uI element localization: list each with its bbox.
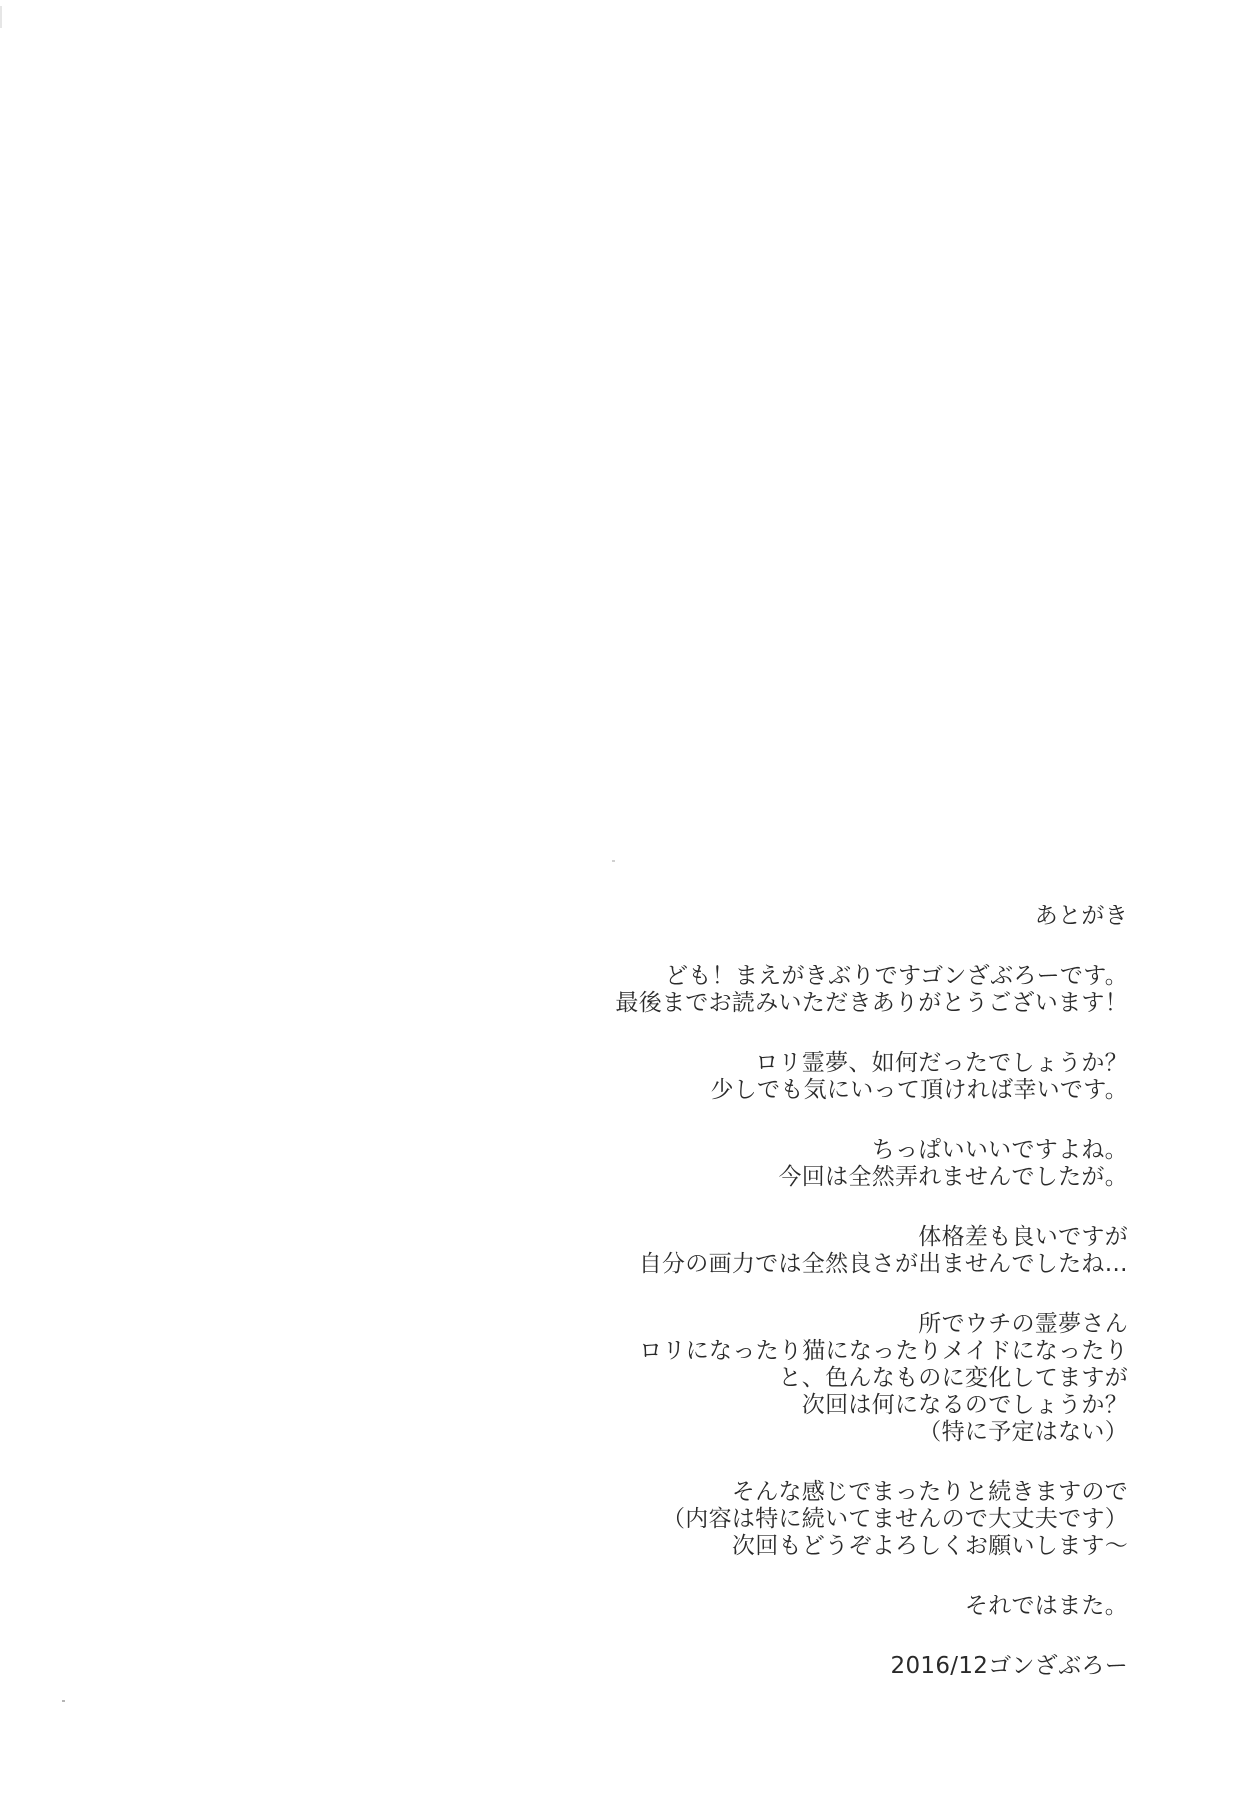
text-line: それではまた。 xyxy=(488,1593,1128,1620)
text-line: 少しでも気にいって頂ければ幸いです。 xyxy=(488,1077,1128,1104)
afterword-page: あとがき ども！まえがきぶりですゴンざぶろーです。 最後までお読みいただきありが… xyxy=(0,0,1235,1816)
text-line: ちっぱいいいですよね。 xyxy=(488,1137,1128,1164)
scan-speck xyxy=(612,860,615,862)
paragraph-reflection: 体格差も良いですが 自分の画力では全然良さが出ませんでしたね… xyxy=(488,1224,1128,1278)
paragraph-greeting: ども！まえがきぶりですゴンざぶろーです。 最後までお読みいただきありがとうござい… xyxy=(488,963,1128,1017)
text-line: （内容は特に続いてませんので大丈夫です） xyxy=(488,1506,1128,1533)
paragraph-farewell: それではまた。 xyxy=(488,1593,1128,1620)
paragraph-impression: ロリ霊夢、如何だったでしょうか？ 少しでも気にいって頂ければ幸いです。 xyxy=(488,1050,1128,1104)
text-line: 最後までお読みいただきありがとうございます！ xyxy=(488,990,1128,1017)
paragraph-next-time: 所でウチの霊夢さん ロリになったり猫になったりメイドになったり と、色んなものに… xyxy=(488,1311,1128,1446)
text-line: 体格差も良いですが xyxy=(488,1224,1128,1251)
afterword-text-block: あとがき ども！まえがきぶりですゴンざぶろーです。 最後までお読みいただきありが… xyxy=(488,903,1128,1680)
text-line: （特に予定はない） xyxy=(488,1419,1128,1446)
scan-speck xyxy=(62,1700,65,1702)
paragraph-continuation: そんな感じでまったりと続きますので （内容は特に続いてませんので大丈夫です） 次… xyxy=(488,1479,1128,1560)
afterword-title: あとがき xyxy=(488,903,1128,930)
text-line: 所でウチの霊夢さん xyxy=(488,1311,1128,1338)
text-line: 今回は全然弄れませんでしたが。 xyxy=(488,1164,1128,1191)
scan-edge-mark xyxy=(0,6,2,28)
text-line: 次回は何になるのでしょうか？ xyxy=(488,1392,1128,1419)
paragraph-comment: ちっぱいいいですよね。 今回は全然弄れませんでしたが。 xyxy=(488,1137,1128,1191)
text-line: ロリ霊夢、如何だったでしょうか？ xyxy=(488,1050,1128,1077)
text-line: ロリになったり猫になったりメイドになったり xyxy=(488,1338,1128,1365)
text-line: そんな感じでまったりと続きますので xyxy=(488,1479,1128,1506)
text-line: 次回もどうぞよろしくお願いします～ xyxy=(488,1533,1128,1560)
text-line: と、色んなものに変化してますが xyxy=(488,1365,1128,1392)
author-signature: 2016/12ゴンざぶろー xyxy=(488,1653,1128,1680)
text-line: ども！まえがきぶりですゴンざぶろーです。 xyxy=(488,963,1128,990)
text-line: 自分の画力では全然良さが出ませんでしたね… xyxy=(488,1251,1128,1278)
